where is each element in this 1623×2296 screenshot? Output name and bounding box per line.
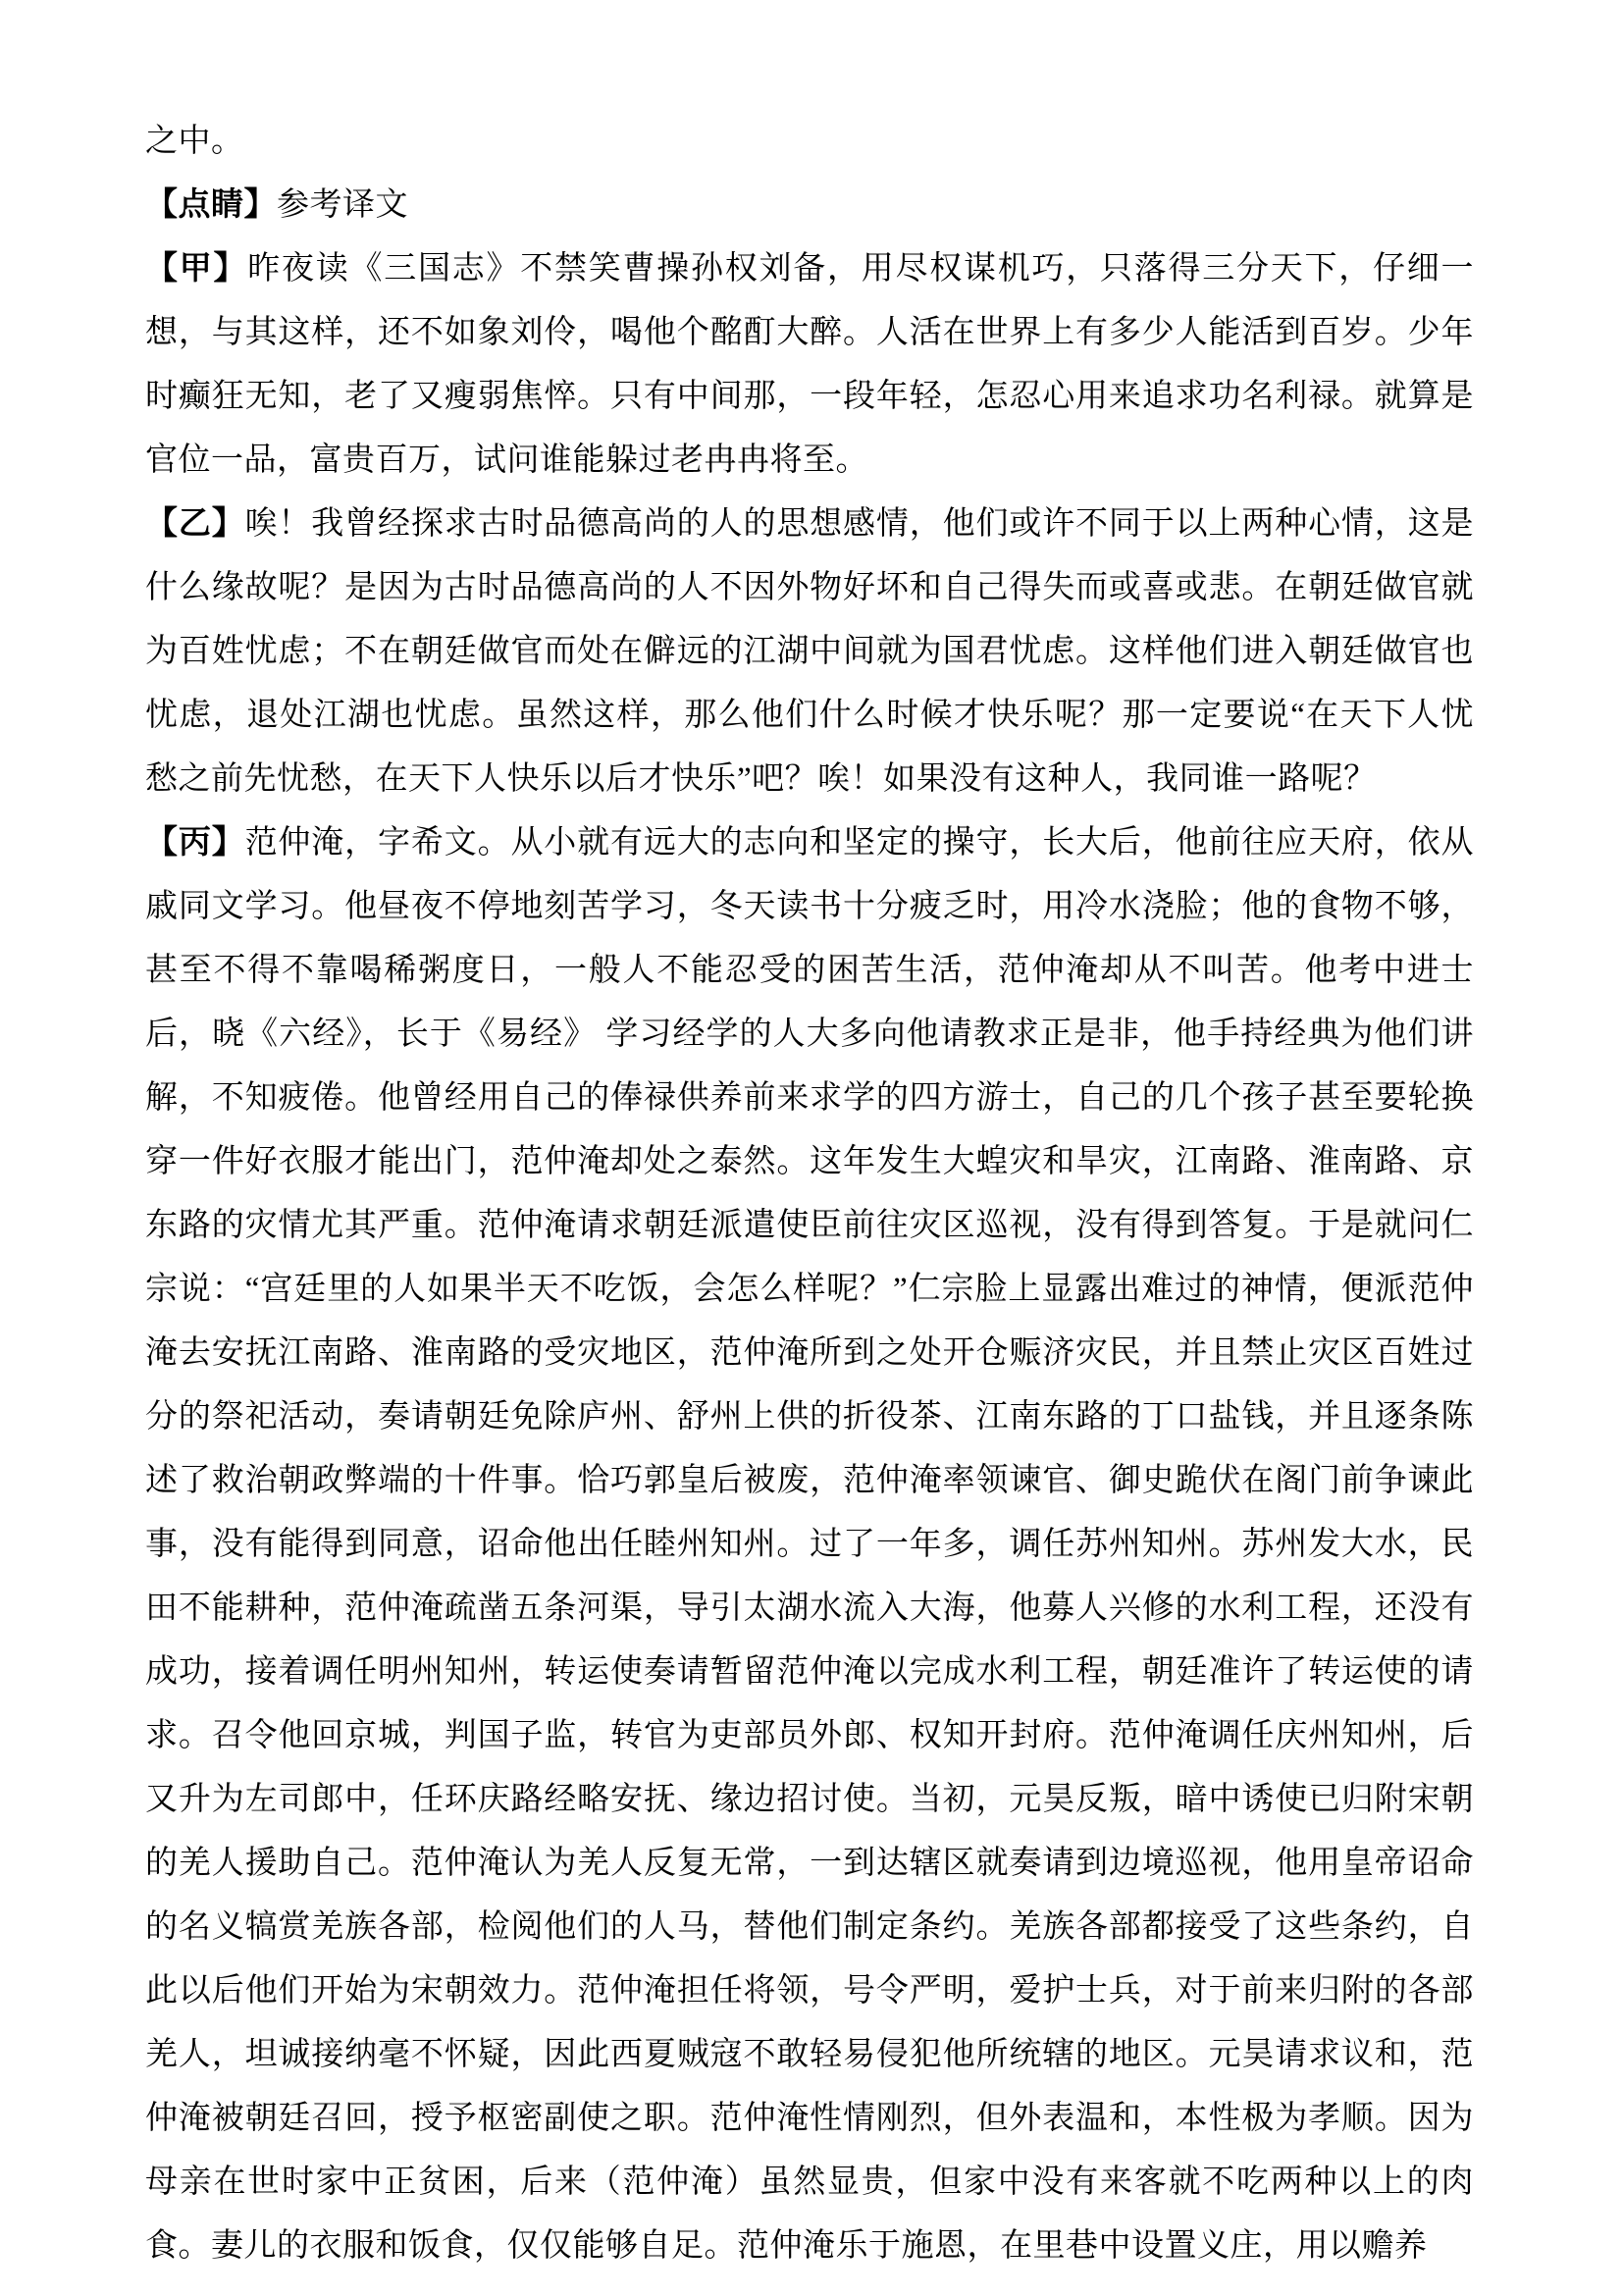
paragraph-text: 昨夜读《三国志》不禁笑曹操孙权刘备，用尽权谋机巧，只落得三分天下，仔细一想，与其… <box>145 251 1474 478</box>
paragraph-dianjing-heading: 【点睛】参考译文 <box>145 174 1474 237</box>
paragraph-label-dianjing: 【点睛】 <box>145 187 277 223</box>
paragraph-jia-translation: 【甲】昨夜读《三国志》不禁笑曹操孙权刘备，用尽权谋机巧，只落得三分天下，仔细一想… <box>145 237 1474 493</box>
paragraph-yi-translation: 【乙】唉！我曾经探求古时品德高尚的人的思想感情，他们或许不同于以上两种心情，这是… <box>145 493 1474 811</box>
paragraph-label-jia: 【甲】 <box>145 251 247 287</box>
paragraph-label-yi: 【乙】 <box>145 506 245 542</box>
paragraph-bing-translation: 【丙】范仲淹，字希文。从小就有远大的志向和坚定的操守，长大后，他前往应天府，依从… <box>145 811 1474 2278</box>
paragraph-text: 范仲淹，字希文。从小就有远大的志向和坚定的操守，长大后，他前往应天府，依从戚同文… <box>145 825 1474 2264</box>
paragraph-continuation: 之中。 <box>145 110 1474 174</box>
document-page: 之中。 【点睛】参考译文 【甲】昨夜读《三国志》不禁笑曹操孙权刘备，用尽权谋机巧… <box>0 0 1623 2296</box>
paragraph-text: 参考译文 <box>277 187 408 223</box>
translation-text-block: 之中。 【点睛】参考译文 【甲】昨夜读《三国志》不禁笑曹操孙权刘备，用尽权谋机巧… <box>145 110 1474 2278</box>
paragraph-text: 唉！我曾经探求古时品德高尚的人的思想感情，他们或许不同于以上两种心情，这是什么缘… <box>145 506 1474 797</box>
paragraph-label-bing: 【丙】 <box>145 825 245 861</box>
paragraph-text: 之中。 <box>145 124 244 159</box>
